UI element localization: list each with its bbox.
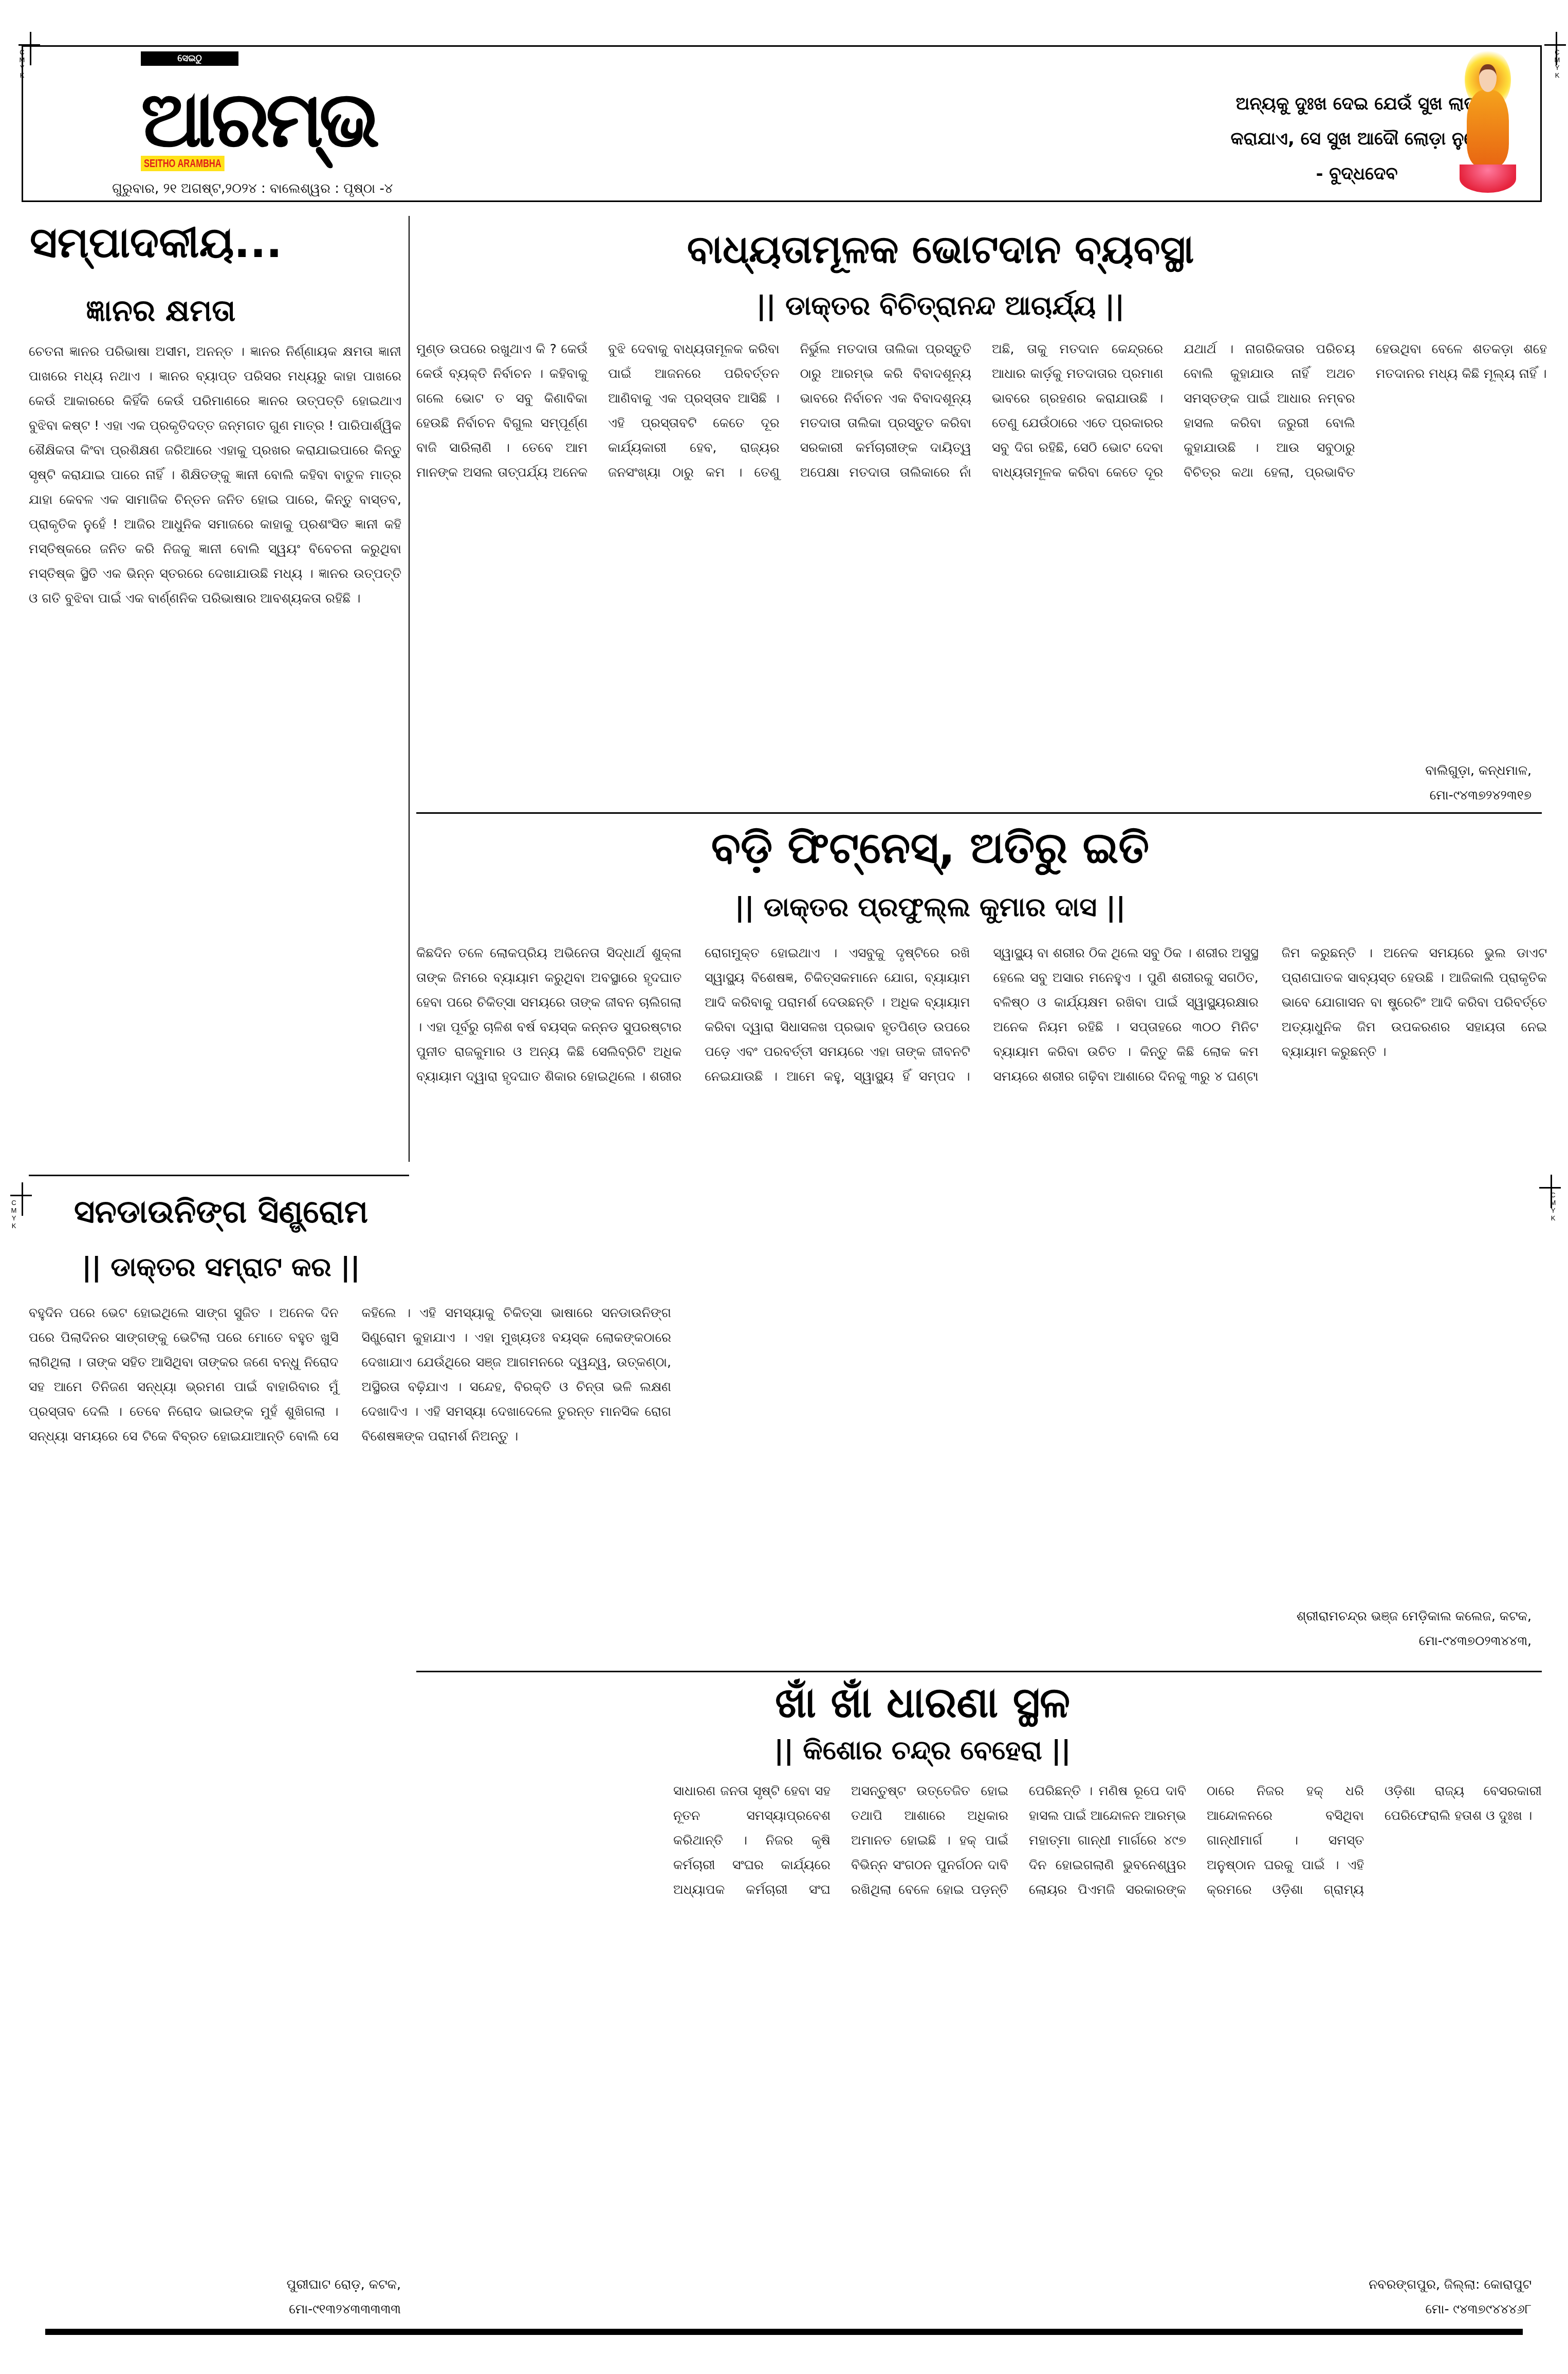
voting-byline: || ଡାକ୍ତର ବିଚିତ୍ରାନନ୍ଦ ଆଚାର୍ଯ୍ୟ || — [689, 290, 1192, 322]
registration-mark-mid-left: CMYK — [10, 1182, 31, 1218]
sundowning-body: ବହୁଦିନ ପରେ ଭେଟ ହୋଇଥିଲେ ସାଙ୍ଗ ସୁଜିତ । ଅନେ… — [29, 1301, 671, 2257]
editorial-body: ଚେତନା ଜ୍ଞାନର ପରିଭାଷା ଅସୀମ, ଅନନ୍ତ । ଜ୍ଞାନ… — [29, 339, 401, 1162]
column-divider — [409, 216, 410, 1162]
section-divider — [416, 812, 1542, 814]
kha-signoff-phone: ମୋ- ୯୪୩୭୯୪୪୪୬୮ — [1336, 2297, 1532, 2322]
cmyk-label: CMYK — [1549, 1191, 1557, 1222]
voting-signoff-place: ବାଲିଗୁଡ଼ା, କନ୍ଧମାଳ, — [1336, 758, 1532, 783]
voting-signoff-phone: ମୋ-୯୪୩୭୨୪୨୩୧୭ — [1336, 783, 1532, 808]
logo-tagline: SEITHO ARAMBHA — [141, 156, 225, 171]
fitness-byline: || ଡାକ୍ତର ପ୍ରଫୁଲ୍ଲ କୁମାର ଦାସ || — [689, 892, 1172, 923]
kha-byline: || କିଶୋର ଚନ୍ଦ୍ର ବେହେରା || — [704, 1735, 1141, 1766]
fitness-signoff-place: ଶ୍ରୀରାମଚନ୍ଦ୍ର ଭଞ୍ଜ ମେଡ଼ିକାଲ କଲେଜ, କଟକ, — [1233, 1604, 1532, 1629]
voting-headline: ବାଧ୍ୟତାମୂଳକ ଭୋଟଦାନ ବ୍ୟବସ୍ଥା — [678, 226, 1203, 273]
sundowning-headline: ସନଡାଉନିଙ୍ଗ ସିଣ୍ଡ୍ରୋମ — [36, 1193, 406, 1231]
cmyk-label: CMYK — [1554, 48, 1561, 79]
kha-body: ସାଧାରଣ ଜନତା ସୃଷ୍ଟି ହେବା ସହ ନୂତନ ସମସ୍ୟାପ୍… — [673, 1779, 1542, 2272]
registration-mark-top-right: CMYK — [1544, 32, 1565, 68]
section-divider — [29, 1175, 409, 1176]
kha-signoff-place: ନବରଙ୍ଗପୁର, ଜିଲ୍ଲା: କୋରାପୁଟ — [1336, 2272, 1532, 2297]
sundowning-signoff-place: ପୁରୀଘାଟ ରୋଡ଼, କଟକ, — [51, 2272, 401, 2297]
sundowning-byline: || ଡାକ୍ତର ସମ୍ରାଟ କର || — [46, 1252, 396, 1283]
sundowning-signoff-phone: ମୋ-୯୧୩୨୪୩୩୩୩୩ — [51, 2297, 401, 2322]
fitness-headline: ବଡ଼ି ଫିଟ୍‌ନେସ୍, ଅତିରୁ ଇତି — [689, 823, 1172, 873]
dateline: ଗୁରୁବାର, ୨୧ ଅଗଷ୍ଟ,୨୦୨୪ : ବାଲେଶ୍ୱର : ପୃଷ୍… — [112, 181, 393, 197]
buddha-image — [1460, 49, 1516, 198]
fitness-signoff-phone: ମୋ-୯୪୩୭୦୨୩୪୪୩, — [1233, 1629, 1532, 1653]
cmyk-label: CMYK — [10, 1199, 17, 1230]
editorial-headline: ଜ୍ଞାନର କ୍ଷମତା — [30, 293, 292, 328]
editorial-section-title: ସମ୍ପାଦକୀୟ... — [30, 218, 271, 268]
section-divider — [416, 1671, 1542, 1672]
bottom-rule — [45, 2329, 1523, 2335]
voting-body: ମୁଣ୍ଡ ଉପରେ ରଖୁଥାଏ କି ? କେଉଁ କେଉଁ ବ୍ୟକ୍ତି… — [416, 337, 1547, 799]
kha-headline: ଖାଁ ଖାଁ ଧାରଣା ସ୍ଥଳ — [704, 1678, 1141, 1728]
logo-small-text: ସେଇଠୁ — [141, 51, 238, 66]
